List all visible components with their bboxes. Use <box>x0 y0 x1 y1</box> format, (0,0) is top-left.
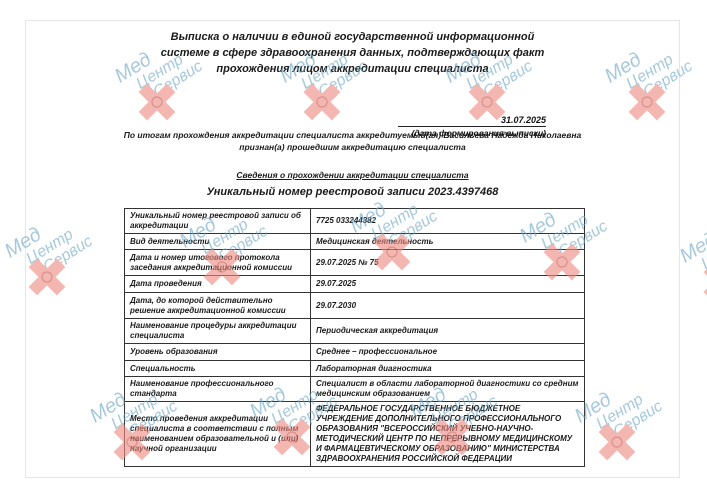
svg-text:Мед: Мед <box>680 228 707 267</box>
result-line-1: По итогам прохождения аккредитации специ… <box>26 129 679 141</box>
row-value: Лабораторная диагностика <box>311 361 585 377</box>
svg-text:Центр: Центр <box>698 231 707 273</box>
result-line-2: признан(а) прошедшим аккредитацию специа… <box>26 141 679 153</box>
document-page: Выписка о наличии в единой государственн… <box>25 20 680 478</box>
row-value: ФЕДЕРАЛЬНОЕ ГОСУДАРСТВЕННОЕ БЮДЖЕТНОЕ УЧ… <box>311 402 585 467</box>
table-row: СпециальностьЛабораторная диагностика <box>125 361 585 377</box>
row-key: Уникальный номер реестровой записи об ак… <box>125 209 311 234</box>
row-value: Медицинская деятельность <box>311 234 585 250</box>
document-title-line-1: Выписка о наличии в единой государственн… <box>26 29 679 45</box>
table-row: Уровень образованияСреднее – профессиона… <box>125 344 585 361</box>
row-value: 29.07.2025 № 75 <box>311 250 585 276</box>
row-key: Наименование процедуры аккредитации спец… <box>125 319 311 344</box>
table-row: Дата и номер итогового протокола заседан… <box>125 250 585 276</box>
medcenter-watermark-icon: Мед Центр Сервис <box>680 210 707 305</box>
row-key: Дата, до которой действительно решение а… <box>125 293 311 319</box>
row-value: Специалист в области лабораторной диагно… <box>311 377 585 402</box>
row-value: 29.07.2025 <box>311 276 585 293</box>
table-row: Дата, до которой действительно решение а… <box>125 293 585 319</box>
row-value: Периодическая аккредитация <box>311 319 585 344</box>
table-row: Вид деятельностиМедицинская деятельность <box>125 234 585 250</box>
accreditation-info-table: Уникальный номер реестровой записи об ак… <box>124 208 585 467</box>
row-value: 7725 033244382 <box>311 209 585 234</box>
row-key: Наименование профессионального стандарта <box>125 377 311 402</box>
table-row: Уникальный номер реестровой записи об ак… <box>125 209 585 234</box>
document-title-line-2: системе в сфере здравоохранения данных, … <box>26 45 679 61</box>
row-key: Вид деятельности <box>125 234 311 250</box>
section-heading: Сведения о прохождении аккредитации спец… <box>26 170 679 180</box>
row-key: Место проведения аккредитации специалист… <box>125 402 311 467</box>
table-row: Дата проведения29.07.2025 <box>125 276 585 293</box>
formation-date: 31.07.2025 <box>398 115 546 127</box>
row-key: Уровень образования <box>125 344 311 361</box>
registry-number: Уникальный номер реестровой записи 2023.… <box>26 186 679 198</box>
table-row: Наименование профессионального стандарта… <box>125 377 585 402</box>
document-title-line-3: прохождения лицом аккредитации специалис… <box>26 61 679 77</box>
row-key: Дата проведения <box>125 276 311 293</box>
row-key: Специальность <box>125 361 311 377</box>
row-value: 29.07.2030 <box>311 293 585 319</box>
table-row: Место проведения аккредитации специалист… <box>125 402 585 467</box>
row-value: Среднее – профессиональное <box>311 344 585 361</box>
table-row: Наименование процедуры аккредитации спец… <box>125 319 585 344</box>
row-key: Дата и номер итогового протокола заседан… <box>125 250 311 276</box>
